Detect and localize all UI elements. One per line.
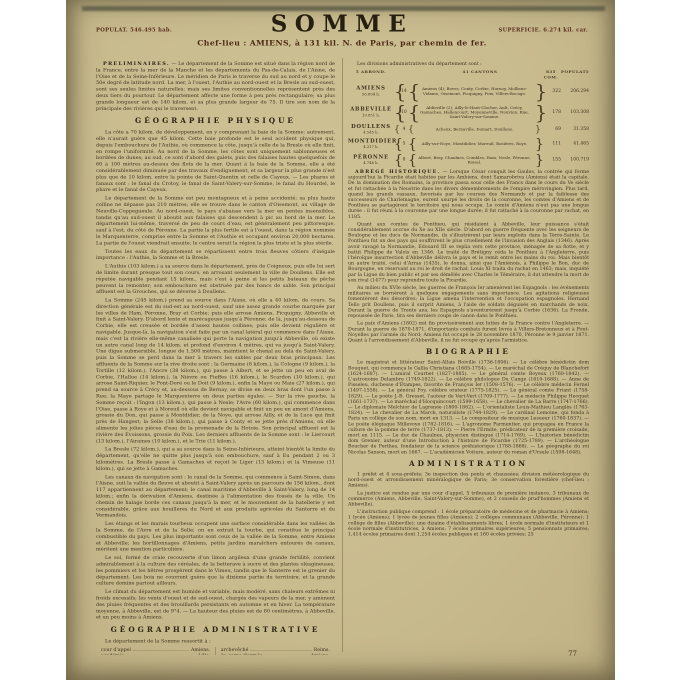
page-number: 77 — [568, 650, 577, 658]
ressortit-right: archevêchéReims.2e corps d'arméeAmiens. — [215, 647, 335, 655]
paragraph: La justice est rendue par une cour d'app… — [348, 490, 589, 507]
ressortit-value: Lille. — [198, 653, 210, 655]
paragraph: 1 préfet et 4 sous-préfets; 3e inspectio… — [348, 471, 589, 488]
preliminaires-text: — Le département de la Somme est situé d… — [96, 61, 335, 111]
cantons-list: Amiens (4), Boves, Conty, Corbie, Hornoy… — [414, 87, 535, 96]
preliminaires-paragraph: PRÉLIMINAIRES. — Le département de la So… — [96, 61, 335, 112]
arrondissement-name-cell: PÉRONNE4.746 h. — [348, 154, 394, 165]
paragraph: La Somme (245 kilom.) prend sa source da… — [96, 298, 335, 445]
communes-count: 111 — [541, 141, 561, 147]
col-cantons: 41 CANTONS — [419, 69, 541, 80]
arrondissement-name-cell: ABBEVILLE19.851 h. — [348, 107, 394, 118]
paragraph: Les canaux de navigation sont : le canal… — [96, 474, 335, 519]
population-label: POPULAT. 546.495 hab. — [96, 18, 221, 33]
paragraph: Les étangs et les marais tourbeux occupe… — [96, 521, 335, 553]
arrondissement-row: AMIENS56.804 h.{14{Amiens (4), Boves, Co… — [348, 82, 589, 101]
paragraph: L'Authie (103 kilom.) a sa source dans l… — [96, 264, 335, 296]
cantons-count: 8 — [400, 157, 408, 163]
scanned-page: POPULAT. 546.495 hab. SOMME SUPERFICIE. … — [66, 0, 615, 680]
paragraph: Le climat du département est humide et v… — [96, 589, 335, 621]
table-header: 5 ARROND. 41 CANTONS 835 COM. POPULATION — [348, 69, 589, 80]
cantons-list: Albert, Bray, Chaulnes, Combles, Ham, Ne… — [414, 155, 535, 164]
arrondissement-population: 56.804 h. — [348, 91, 394, 97]
paragraph: Quant aux comtes de Ponthieu, qui résida… — [348, 221, 589, 283]
population-count: 206.294 — [561, 89, 589, 95]
geographie-physique-paragraphs: La côte a 70 kilom. de développement, en… — [96, 130, 335, 621]
col-communes: 835 COM. — [541, 69, 561, 80]
geo-admin-intro: Le département de la Somme ressortit à : — [96, 638, 335, 644]
communes-count: 155 — [541, 157, 561, 163]
abrege-historique-paragraph: ABRÉGÉ HISTORIQUE. — Lorsque César conqu… — [348, 169, 589, 219]
right-column: Les divisions administratives du départe… — [348, 61, 589, 655]
paragraph: Le sol, formé de craie recouverte d'un l… — [96, 555, 335, 587]
chef-lieu-line: Chef-lieu : AMIENS, à 131 kil. N. de Par… — [96, 38, 588, 48]
communes-count: 322 — [541, 89, 561, 95]
cantons-count: 10 — [400, 110, 408, 116]
cantons-list: Acheux, Bernaville, Domart, Doullens. — [414, 127, 535, 132]
population-count: 103.308 — [561, 110, 589, 116]
preliminaires-heading: PRÉLIMINAIRES. — [103, 61, 170, 67]
cantons-count: 14 — [400, 89, 408, 95]
arrondissement-name-cell: AMIENS56.804 h. — [348, 86, 394, 97]
arrondissement-population: 19.851 h. — [348, 112, 394, 118]
historique-paragraphs: Quant aux comtes de Ponthieu, qui résida… — [348, 221, 589, 343]
arrondissement-population: 4.317 h. — [348, 144, 394, 150]
arrondissement-row: ABBEVILLE19.851 h.{10{Abbeville (2), Ail… — [348, 103, 589, 122]
dotted-leader — [250, 650, 311, 651]
ressortit-left: cour d'appelAmiens.académieLille. — [96, 647, 215, 655]
ressortit-value: Amiens. — [311, 653, 330, 655]
divisions-intro: Les divisions administratives du départe… — [348, 61, 589, 67]
arrondissement-population: 4.746 h. — [348, 160, 394, 166]
arrondissement-row: MONTDIDIER4.317 h.{5{Ailly-sur-Noye, Mon… — [348, 137, 589, 151]
paragraph: La paix d'Amiens (1802) mit fin provisoi… — [348, 321, 589, 343]
arrondissement-name: ABBEVILLE — [348, 107, 394, 113]
heading-geographie-administrative: GÉOGRAPHIE ADMINISTRATIVE — [96, 627, 335, 633]
dotted-leader — [133, 650, 189, 651]
superficie-label: SUPERFICIE. 6.274 kil. car. — [463, 18, 588, 33]
cantons-count: 5 — [400, 141, 408, 147]
paragraph: Le département de la Somme est peu monta… — [96, 196, 335, 247]
col-arrondissements: 5 ARROND. — [348, 69, 394, 80]
population-count: 100.719 — [561, 157, 589, 163]
ressortit-label: 2e corps d'armée — [221, 653, 263, 655]
arrondissement-population: 4.545 h. — [348, 129, 394, 135]
arrondissement-row: DOULLENS4.545 h.{4{Acheux, Bernaville, D… — [348, 124, 589, 135]
cantons-list: Ailly-sur-Noye, Montdidier, Moreuil, Ros… — [414, 142, 535, 147]
communes-count: 178 — [541, 110, 561, 116]
cantons-list: Abbeville (2), Ailly-le-Haut-Clocher, Au… — [414, 105, 535, 119]
ressortit-row: académieLille. — [101, 653, 210, 655]
arrondissement-name-cell: MONTDIDIER4.317 h. — [348, 138, 394, 149]
paragraph: Au milieu du XVIe siècle, les guerres de… — [348, 285, 589, 319]
population-count: 41.465 — [561, 141, 589, 147]
population-count: 31.358 — [561, 127, 589, 133]
arrondissement-row: PÉRONNE4.746 h.{8{Albert, Bray, Chaulnes… — [348, 153, 589, 167]
paragraph: L'instruction publique comprend : 1 écol… — [348, 509, 589, 537]
heading-biographie: BIOGRAPHIE — [348, 349, 589, 355]
column-divider — [342, 58, 343, 652]
ressortit-table: cour d'appelAmiens.académieLille. archev… — [96, 647, 335, 655]
paragraph: La côte a 70 kilom. de développement, en… — [96, 130, 335, 194]
communes-count: 69 — [541, 127, 561, 133]
arrondissement-name-cell: DOULLENS4.545 h. — [348, 124, 394, 135]
arrondissements-table: AMIENS56.804 h.{14{Amiens (4), Boves, Co… — [348, 82, 589, 167]
administration-paragraphs: 1 préfet et 4 sous-préfets; 3e inspectio… — [348, 471, 589, 537]
heading-geographie-physique: GÉOGRAPHIE PHYSIQUE — [96, 118, 335, 124]
ressortit-label: académie — [101, 653, 124, 655]
paragraph: La Bresle (72 kilom.), qui a sa source d… — [96, 447, 335, 473]
ressortit-row: 2e corps d'arméeAmiens. — [221, 653, 330, 655]
page-header: POPULAT. 546.495 hab. SOMME SUPERFICIE. … — [96, 12, 588, 58]
department-title: SOMME — [221, 12, 463, 35]
biographie-paragraph: Le magistrat et littérateur Saint-Allais… — [348, 360, 589, 455]
abrege-historique-text: — Lorsque César conquit les Gaules, la c… — [348, 169, 589, 219]
cantons-count: 4 — [400, 127, 408, 133]
heading-administration: ADMINISTRATION — [348, 461, 589, 467]
left-column: PRÉLIMINAIRES. — Le département de la So… — [96, 61, 335, 655]
col-population: POPULATION — [561, 69, 589, 80]
paragraph: Toutes les eaux du département se répart… — [96, 249, 335, 262]
